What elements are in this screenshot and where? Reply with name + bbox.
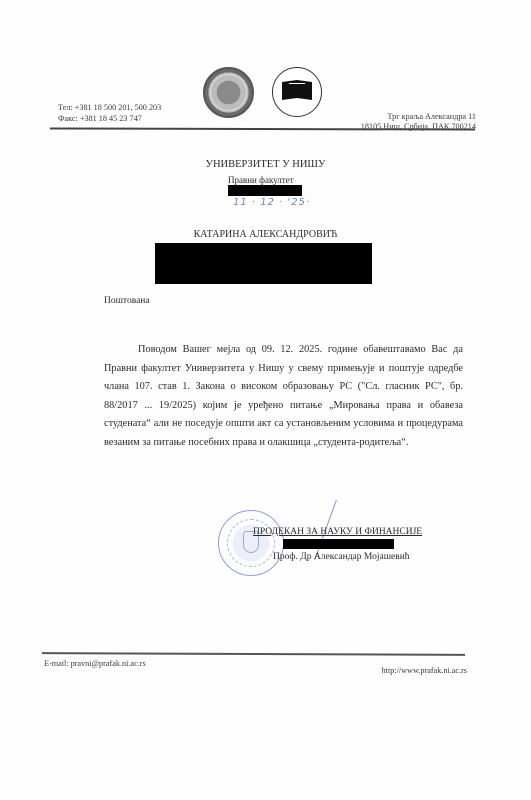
address-line-1: Трг краља Александра 11 xyxy=(387,112,476,122)
phone-number: Тел: +381 18 500 201, 500 203 xyxy=(58,103,161,113)
fax-number: Факс: +381 18 45 23 747 xyxy=(58,114,142,124)
redacted-signatory-line xyxy=(283,539,394,549)
salutation: Поштована xyxy=(104,296,150,306)
signatory-title: ПРОДЕКАН ЗА НАУКУ И ФИНАНСИЈЕ xyxy=(253,527,422,537)
faculty-of-law-seal-icon xyxy=(272,67,322,117)
header-divider xyxy=(50,127,475,130)
email-address: E-mail: pravni@prafak.ni.ac.rs xyxy=(44,659,146,669)
body-paragraph: Поводом Вашег мејла од 09. 12. 2025. год… xyxy=(104,341,463,453)
recipient-name: КАТАРИНА АЛЕКСАНДРОВИЋ xyxy=(0,229,531,240)
website-url: http://www.prafak.ni.ac.rs xyxy=(382,666,467,676)
redacted-recipient-address xyxy=(155,243,372,284)
faculty-name: Правни факултет xyxy=(228,175,294,185)
redacted-reference-number xyxy=(228,185,302,196)
letter-body: Поводом Вашег мејла од 09. 12. 2025. год… xyxy=(104,341,463,453)
signatory-name: Проф. Др Александар Мојашевић xyxy=(273,552,410,562)
university-seal-icon xyxy=(203,67,254,118)
official-stamp-icon xyxy=(218,510,284,576)
footer-divider xyxy=(42,652,465,656)
handwritten-date: 11 · 12 · '25· xyxy=(233,197,310,208)
university-title: УНИВЕРЗИТЕТ У НИШУ xyxy=(0,159,531,170)
